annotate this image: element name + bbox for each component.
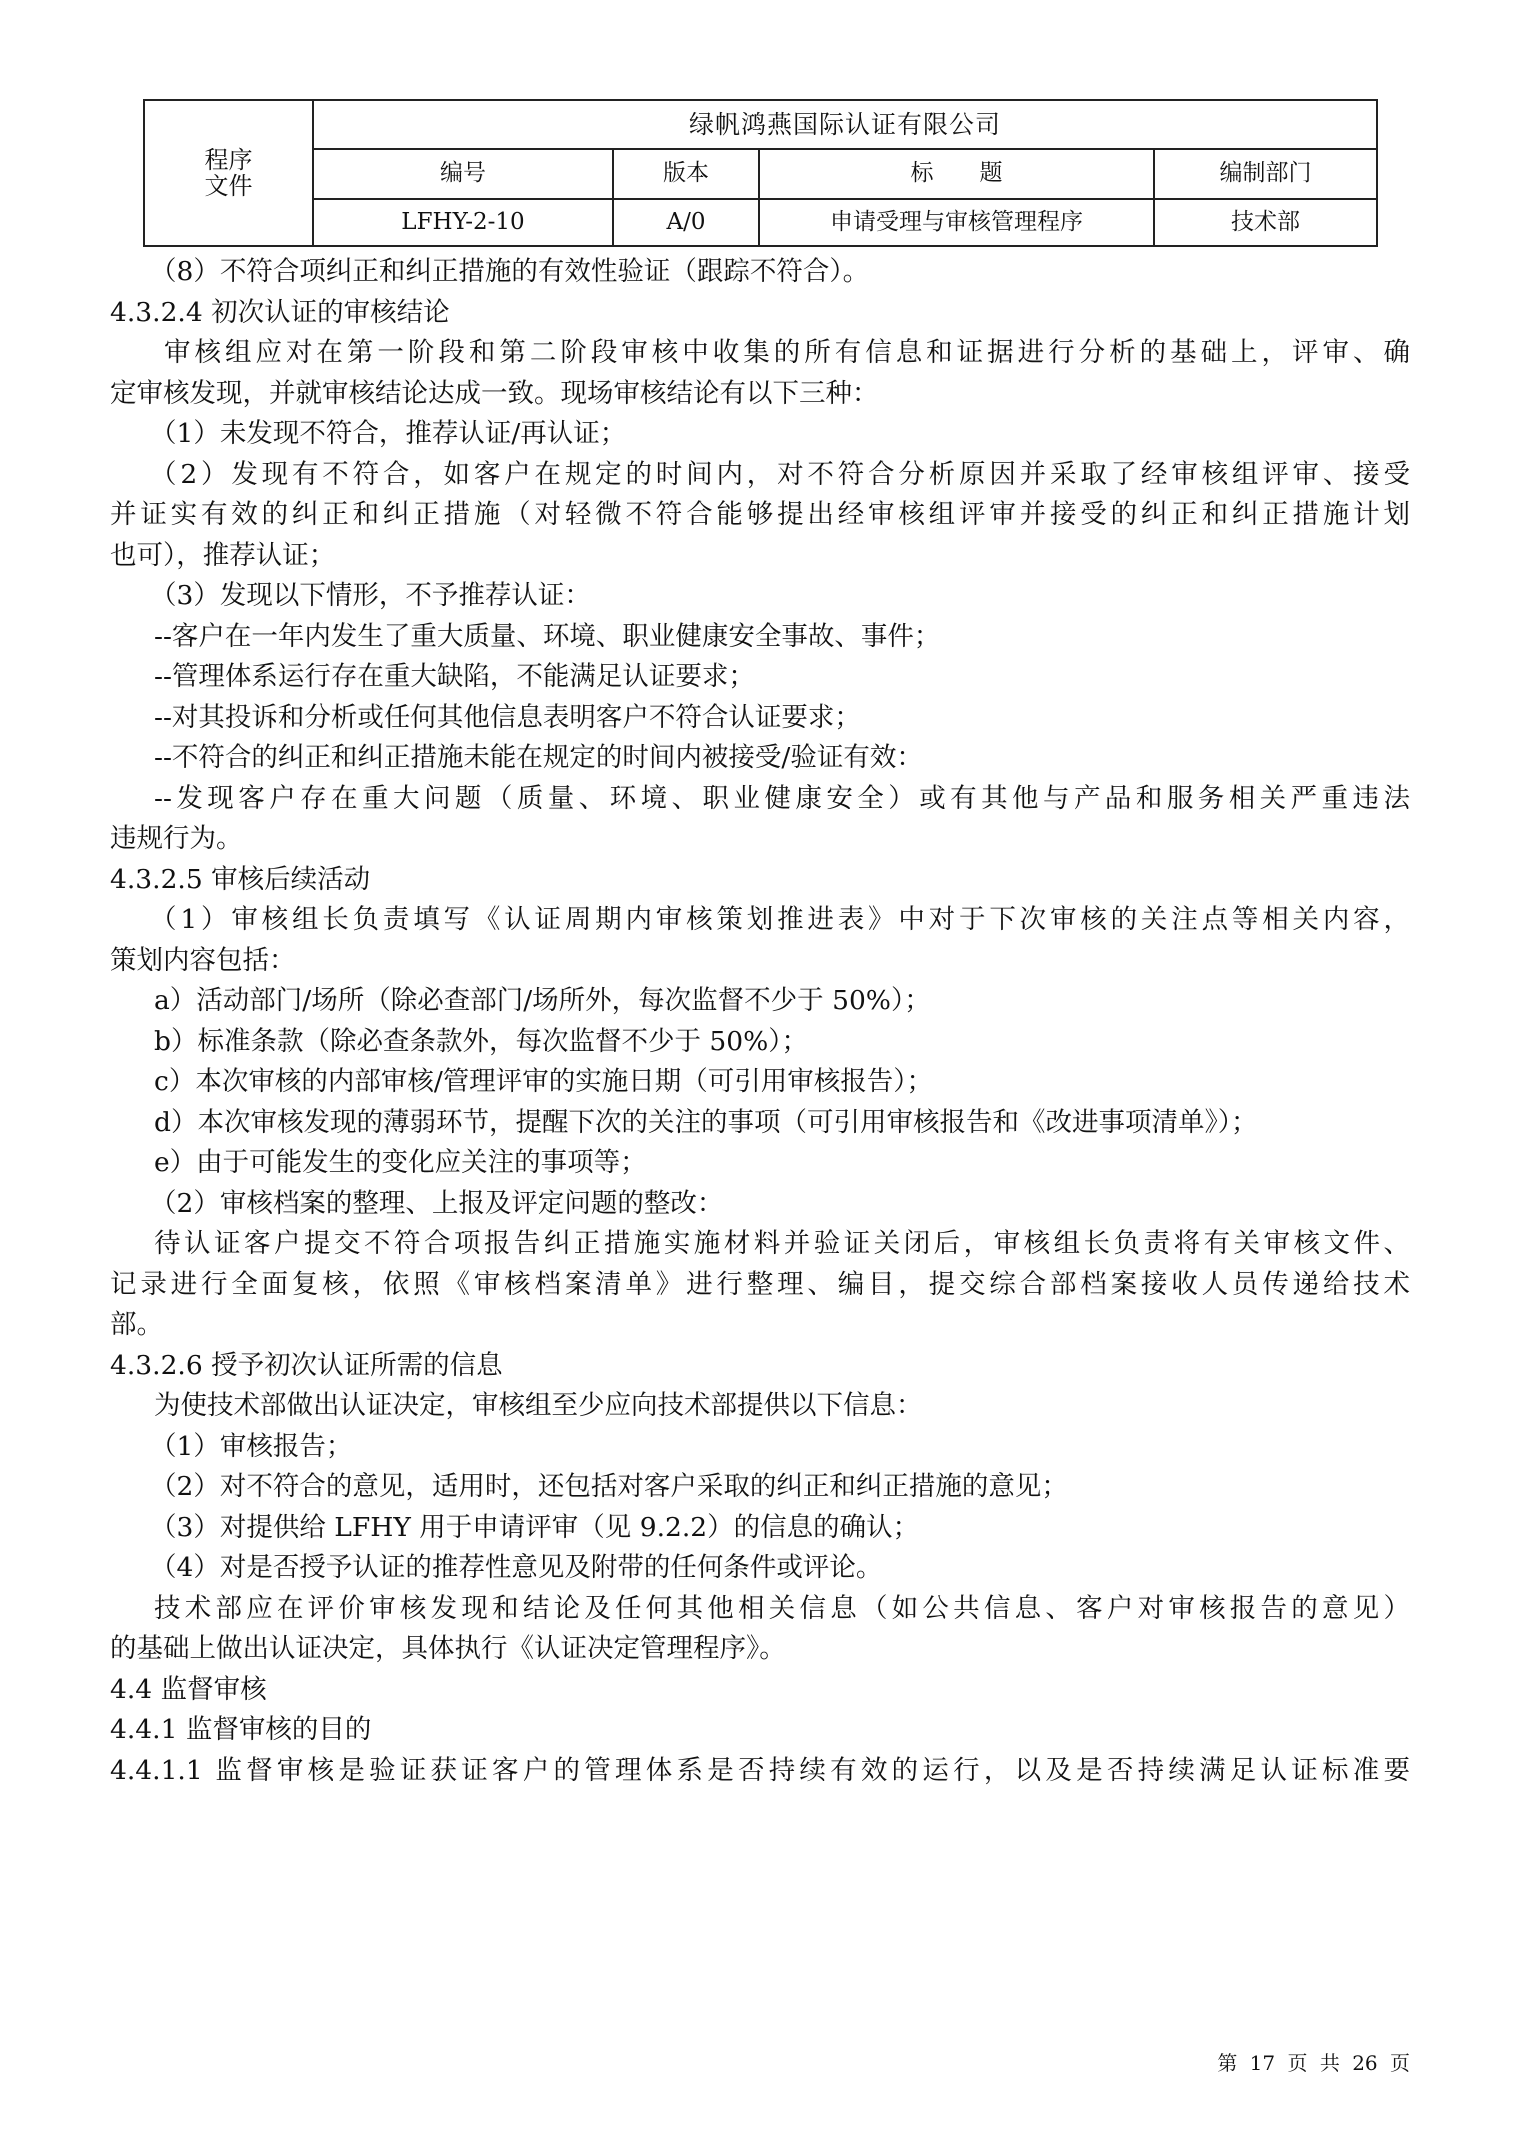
section-heading: 4.3.2.4 初次认证的审核结论 bbox=[110, 293, 1410, 334]
text-line: --发现客户存在重大问题（质量、环境、职业健康安全）或有其他与产品和服务相关严重… bbox=[110, 779, 1410, 820]
doc-version: A/0 bbox=[613, 199, 759, 246]
text-line: （3）发现以下情形，不予推荐认证： bbox=[110, 576, 1410, 617]
text-line: d）本次审核发现的薄弱环节，提醒下次的关注的事项（可引用审核报告和《改进事项清单… bbox=[110, 1103, 1410, 1144]
text-line: （1）未发现不符合，推荐认证/再认证； bbox=[110, 414, 1410, 455]
col-header-dept: 编制部门 bbox=[1154, 149, 1377, 199]
col-header-version: 版本 bbox=[613, 149, 759, 199]
text-line: （2）发现有不符合，如客户在规定的时间内，对不符合分析原因并采取了经审核组评审、… bbox=[110, 455, 1410, 496]
text-line: （1）审核组长负责填写《认证周期内审核策划推进表》中对于下次审核的关注点等相关内… bbox=[110, 900, 1410, 941]
doc-title: 申请受理与审核管理程序 bbox=[759, 199, 1154, 246]
text-line: b）标准条款（除必查条款外，每次监督不少于 50%）； bbox=[110, 1022, 1410, 1063]
text-line: （4）对是否授予认证的推荐性意见及附带的任何条件或评论。 bbox=[110, 1548, 1410, 1589]
text-line: （1）审核报告； bbox=[110, 1427, 1410, 1468]
text-line: c）本次审核的内部审核/管理评审的实施日期（可引用审核报告）； bbox=[110, 1062, 1410, 1103]
doc-number: LFHY-2-10 bbox=[313, 199, 613, 246]
text-line: --管理体系运行存在重大缺陷，不能满足认证要求； bbox=[110, 657, 1410, 698]
company-name: 绿帆鸿燕国际认证有限公司 bbox=[313, 100, 1377, 149]
text-line: --客户在一年内发生了重大质量、环境、职业健康安全事故、事件； bbox=[110, 617, 1410, 658]
text-line: --不符合的纠正和纠正措施未能在规定的时间内被接受/验证有效： bbox=[110, 738, 1410, 779]
doc-type-cell: 程序 文件 bbox=[144, 100, 313, 246]
doc-type-line-1: 程序 bbox=[145, 147, 312, 173]
section-heading: 4.3.2.6 授予初次认证所需的信息 bbox=[110, 1346, 1410, 1387]
doc-type-line-2: 文件 bbox=[145, 173, 312, 199]
text-line: （3）对提供给 LFHY 用于申请评审（见 9.2.2）的信息的确认； bbox=[110, 1508, 1410, 1549]
text-line: 待认证客户提交不符合项报告纠正措施实施材料并验证关闭后，审核组长负责将有关审核文… bbox=[110, 1224, 1410, 1265]
text-line: （2）对不符合的意见，适用时，还包括对客户采取的纠正和纠正措施的意见； bbox=[110, 1467, 1410, 1508]
text-line: 策划内容包括： bbox=[110, 941, 1410, 982]
document-page: 程序 文件 绿帆鸿燕国际认证有限公司 编号 版本 标 题 编制部门 LFHY-2… bbox=[0, 0, 1514, 2140]
section-heading: 4.4 监督审核 bbox=[110, 1670, 1410, 1711]
text-line: 并证实有效的纠正和纠正措施（对轻微不符合能够提出经审核组评审并接受的纠正和纠正措… bbox=[110, 495, 1410, 536]
text-line: 的基础上做出认证决定，具体执行《认证决定管理程序》。 bbox=[110, 1629, 1410, 1670]
section-heading: 4.4.1 监督审核的目的 bbox=[110, 1710, 1410, 1751]
text-line: 违规行为。 bbox=[110, 819, 1410, 860]
text-line: e）由于可能发生的变化应关注的事项等； bbox=[110, 1143, 1410, 1184]
text-line: （8）不符合项纠正和纠正措施的有效性验证（跟踪不符合）。 bbox=[110, 252, 1410, 293]
section-heading: 4.4.1.1 监督审核是验证获证客户的管理体系是否持续有效的运行，以及是否持续… bbox=[110, 1751, 1410, 1792]
page-number: 第 17 页 共 26 页 bbox=[1217, 2047, 1410, 2076]
text-line: 部。 bbox=[110, 1305, 1410, 1346]
text-line: a）活动部门/场所（除必查部门/场所外，每次监督不少于 50%）； bbox=[110, 981, 1410, 1022]
col-header-title: 标 题 bbox=[759, 149, 1154, 199]
doc-dept: 技术部 bbox=[1154, 199, 1377, 246]
text-line: --对其投诉和分析或任何其他信息表明客户不符合认证要求； bbox=[110, 698, 1410, 739]
col-header-number: 编号 bbox=[313, 149, 613, 199]
header-table: 程序 文件 绿帆鸿燕国际认证有限公司 编号 版本 标 题 编制部门 LFHY-2… bbox=[143, 99, 1378, 247]
text-line: 为使技术部做出认证决定，审核组至少应向技术部提供以下信息： bbox=[110, 1386, 1410, 1427]
document-body: （8）不符合项纠正和纠正措施的有效性验证（跟踪不符合）。4.3.2.4 初次认证… bbox=[110, 252, 1410, 1791]
text-line: 记录进行全面复核，依照《审核档案清单》进行整理、编目，提交综合部档案接收人员传递… bbox=[110, 1265, 1410, 1306]
text-line: 审核组应对在第一阶段和第二阶段审核中收集的所有信息和证据进行分析的基础上，评审、… bbox=[110, 333, 1410, 374]
text-line: 定审核发现，并就审核结论达成一致。现场审核结论有以下三种： bbox=[110, 374, 1410, 415]
section-heading: 4.3.2.5 审核后续活动 bbox=[110, 860, 1410, 901]
text-line: 也可），推荐认证； bbox=[110, 536, 1410, 577]
text-line: （2）审核档案的整理、上报及评定问题的整改： bbox=[110, 1184, 1410, 1225]
text-line: 技术部应在评价审核发现和结论及任何其他相关信息（如公共信息、客户对审核报告的意见… bbox=[110, 1589, 1410, 1630]
